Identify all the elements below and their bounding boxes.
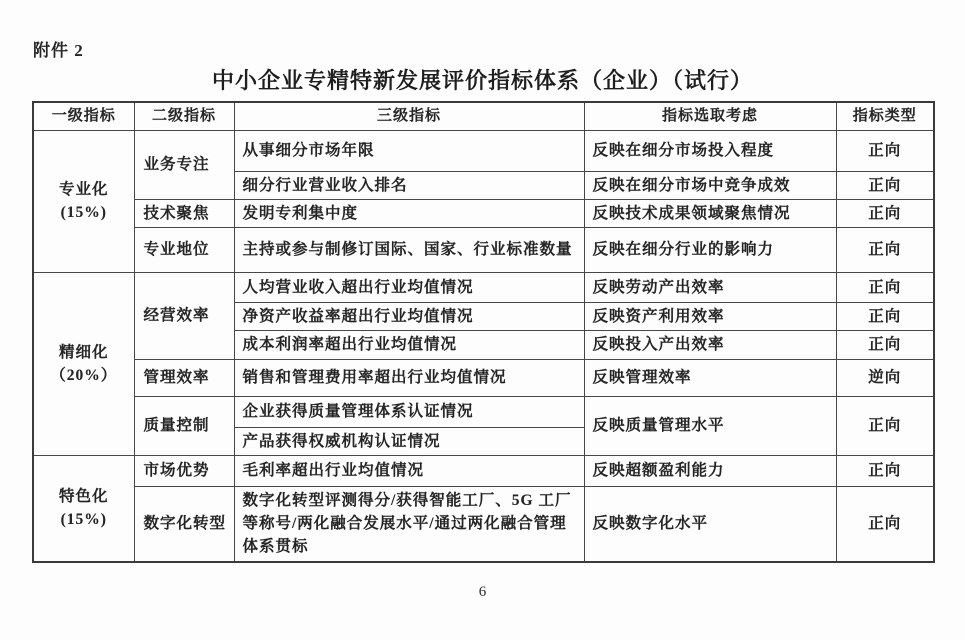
indicator-cell: 毛利率超出行业均值情况 xyxy=(234,455,584,486)
type-cell: 正向 xyxy=(836,455,934,486)
level2-cell: 专业地位 xyxy=(134,228,234,273)
level2-cell: 技术聚焦 xyxy=(134,199,234,227)
table-row: 管理效率 销售和管理费用率超出行业均值情况 反映管理效率 逆向 xyxy=(33,359,934,396)
level1-cell: 精细化 （20%） xyxy=(33,273,134,456)
table-header-row: 一级指标 二级指标 三级指标 指标选取考虑 指标类型 xyxy=(33,102,934,130)
level2-cell: 管理效率 xyxy=(134,359,234,396)
consideration-cell: 反映投入产出效率 xyxy=(584,331,836,359)
indicator-cell: 发明专利集中度 xyxy=(234,199,584,227)
indicator-cell: 从事细分市场年限 xyxy=(234,130,584,171)
indicator-table: 一级指标 二级指标 三级指标 指标选取考虑 指标类型 专业化 (15%) 业务专… xyxy=(32,101,935,563)
table-row: 专业化 (15%) 业务专注 从事细分市场年限 反映在细分市场投入程度 正向 xyxy=(33,130,934,171)
table-row: 专业地位 主持或参与制修订国际、国家、行业标准数量 反映在细分行业的影响力 正向 xyxy=(33,228,934,273)
level1-weight: (15%) xyxy=(38,201,130,224)
consideration-cell: 反映超额盈利能力 xyxy=(584,455,836,486)
type-cell: 正向 xyxy=(836,199,934,227)
table-row: 特色化 (15%) 市场优势 毛利率超出行业均值情况 反映超额盈利能力 正向 xyxy=(33,455,934,486)
header-consideration: 指标选取考虑 xyxy=(584,102,836,130)
table-row: 技术聚焦 发明专利集中度 反映技术成果领域聚焦情况 正向 xyxy=(33,199,934,227)
type-cell: 正向 xyxy=(836,171,934,199)
type-cell: 正向 xyxy=(836,273,934,303)
consideration-cell: 反映在细分市场中竞争成效 xyxy=(584,171,836,199)
level1-weight: （20%） xyxy=(38,364,130,387)
indicator-cell: 细分行业营业收入排名 xyxy=(234,171,584,199)
header-level3: 三级指标 xyxy=(234,102,584,130)
indicator-cell: 销售和管理费用率超出行业均值情况 xyxy=(234,359,584,396)
table-row: 数字化转型 数字化转型评测得分/获得智能工厂、5G 工厂等称号/两化融合发展水平… xyxy=(33,486,934,561)
level2-cell: 市场优势 xyxy=(134,455,234,486)
type-cell: 正向 xyxy=(836,303,934,331)
page-number: 6 xyxy=(0,584,965,601)
indicator-cell: 净资产收益率超出行业均值情况 xyxy=(234,303,584,331)
consideration-cell: 反映在细分市场投入程度 xyxy=(584,130,836,171)
table-row: 质量控制 企业获得质量管理体系认证情况 反映质量管理水平 正向 xyxy=(33,396,934,427)
header-type: 指标类型 xyxy=(836,102,934,130)
level1-cell: 专业化 (15%) xyxy=(33,130,134,273)
level2-cell: 业务专注 xyxy=(134,130,234,199)
scanned-document-page: 附件 2 中小企业专精特新发展评价指标体系（企业）（试行） 一级指标 二级指标 … xyxy=(0,0,965,640)
level1-cell: 特色化 (15%) xyxy=(33,455,134,561)
type-cell: 逆向 xyxy=(836,359,934,396)
table-row: 精细化 （20%） 经营效率 人均营业收入超出行业均值情况 反映劳动产出效率 正… xyxy=(33,273,934,303)
header-level2: 二级指标 xyxy=(134,102,234,130)
consideration-cell: 反映劳动产出效率 xyxy=(584,273,836,303)
type-cell: 正向 xyxy=(836,331,934,359)
consideration-cell: 反映资产利用效率 xyxy=(584,303,836,331)
indicator-cell: 企业获得质量管理体系认证情况 xyxy=(234,396,584,427)
consideration-cell: 反映数字化水平 xyxy=(584,486,836,561)
type-cell: 正向 xyxy=(836,486,934,561)
level2-cell: 经营效率 xyxy=(134,273,234,360)
consideration-cell: 反映在细分行业的影响力 xyxy=(584,228,836,273)
consideration-cell: 反映管理效率 xyxy=(584,359,836,396)
consideration-cell: 反映技术成果领域聚焦情况 xyxy=(584,199,836,227)
level2-cell: 质量控制 xyxy=(134,396,234,455)
indicator-cell: 成本利润率超出行业均值情况 xyxy=(234,331,584,359)
type-cell: 正向 xyxy=(836,228,934,273)
type-cell: 正向 xyxy=(836,130,934,171)
level1-label: 专业化 xyxy=(59,181,109,198)
header-level1: 一级指标 xyxy=(33,102,134,130)
level1-label: 精细化 xyxy=(59,344,109,361)
indicator-cell: 数字化转型评测得分/获得智能工厂、5G 工厂等称号/两化融合发展水平/通过两化融… xyxy=(234,486,584,561)
consideration-cell: 反映质量管理水平 xyxy=(584,396,836,455)
indicator-cell: 人均营业收入超出行业均值情况 xyxy=(234,273,584,303)
attachment-label: 附件 2 xyxy=(33,36,84,61)
indicator-cell: 主持或参与制修订国际、国家、行业标准数量 xyxy=(234,228,584,273)
type-cell: 正向 xyxy=(836,396,934,455)
level1-weight: (15%) xyxy=(38,508,130,531)
indicator-cell: 产品获得权威机构认证情况 xyxy=(234,427,584,455)
level2-cell: 数字化转型 xyxy=(134,486,234,561)
document-title: 中小企业专精特新发展评价指标体系（企业）（试行） xyxy=(0,64,965,95)
level1-label: 特色化 xyxy=(59,488,109,505)
